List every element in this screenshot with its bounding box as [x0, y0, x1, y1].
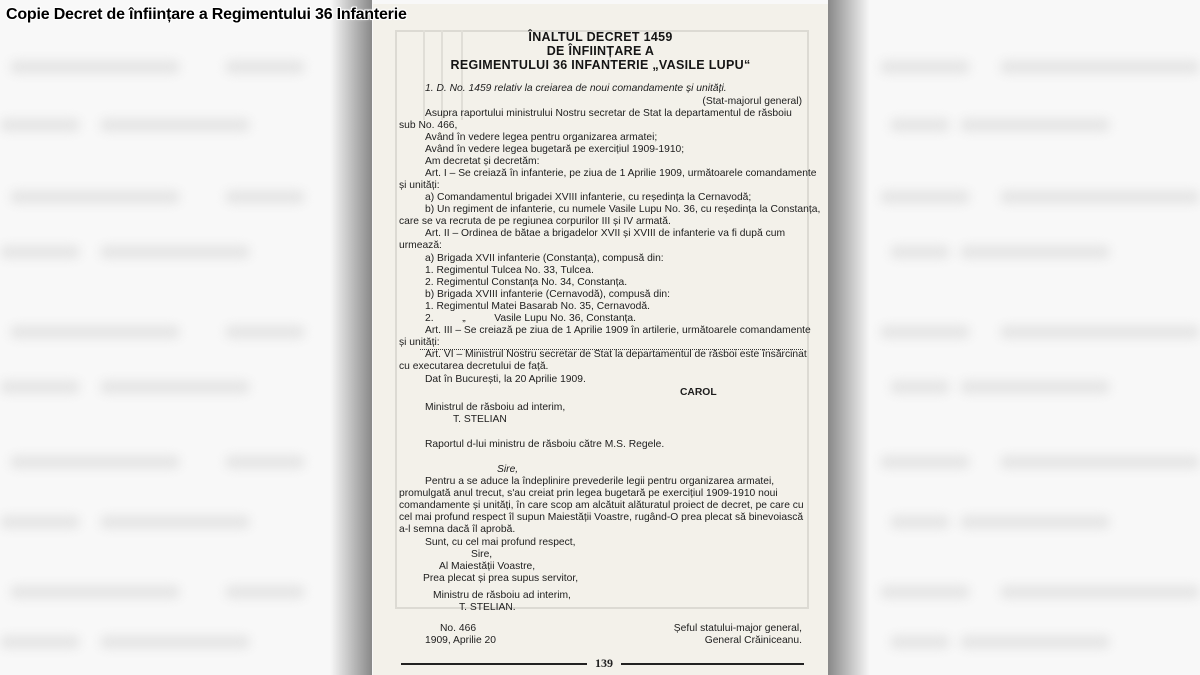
body-line: urmează: — [399, 240, 442, 252]
decree-subject: 1. D. No. 1459 relativ la creiarea de no… — [425, 83, 727, 95]
minister-title: Ministrul de răsboiu ad interim, — [425, 402, 565, 414]
body-line: Asupra raportului ministrului Nostru sec… — [425, 108, 792, 120]
closing-line: Prea plecat și prea supus servitor, — [423, 573, 578, 585]
body-line: Având în vedere legea pentru organizarea… — [425, 132, 657, 144]
report-line: promulgată anul trecut, s'au creiat prin… — [399, 488, 778, 500]
body-line: b) Brigada XVIII infanterie (Cernavodă),… — [425, 289, 670, 301]
body-line: Art. II – Ordinea de bătae a brigadelor … — [425, 228, 785, 240]
footer-rule-left — [401, 663, 587, 665]
body-line: cu executarea decretului de față. — [399, 361, 548, 373]
footer-rule-right — [621, 663, 804, 665]
body-line: b) Un regiment de infanterie, cu numele … — [425, 204, 820, 216]
body-line: și unități: — [399, 337, 440, 349]
report-line: cel mai profund respect îl supun Maiestă… — [399, 512, 803, 524]
body-line: Art. III – Se creiază pe ziua de 1 April… — [425, 325, 811, 337]
body-line: 1. Regimentul Tulcea No. 33, Tulcea. — [425, 265, 594, 277]
body-line: sub No. 466, — [399, 120, 457, 132]
closing-minister-name: T. STELIAN. — [459, 602, 516, 614]
closing-line: Al Maiestății Voastre, — [439, 561, 535, 573]
page-number: 139 — [591, 656, 617, 671]
closing-line: Sire, — [471, 549, 492, 561]
decree-title-line-3: REGIMENTULUI 36 INFANTERIE „VASILE LUPU“ — [373, 58, 828, 72]
report-heading: Raportul d-lui ministru de răsboiu către… — [425, 439, 664, 451]
closing-line: Sunt, cu cel mai profund respect, — [425, 537, 576, 549]
report-salutation: Sire, — [497, 464, 518, 476]
chief-of-staff-name: General Crăiniceanu. — [705, 635, 802, 647]
closing-minister-title: Ministru de răsboiu ad interim, — [433, 590, 571, 602]
body-line: care se va recruta de pe regiunea corpur… — [399, 216, 671, 228]
king-signature: CAROL — [680, 387, 717, 399]
body-line: Art. VI – Ministrul Nostru secretar de S… — [425, 349, 807, 361]
report-line: a-l semna dacă îl aprobă. — [399, 524, 515, 536]
decree-title-line-2: DE ÎNFIINȚARE A — [373, 44, 828, 58]
image-caption: Copie Decret de înființare a Regimentulu… — [6, 6, 407, 24]
page-footer: 139 — [401, 657, 804, 671]
page-shadow-right — [828, 0, 870, 675]
minister-name: T. STELIAN — [453, 414, 507, 426]
report-line: Pentru a se aduce la îndeplinire prevede… — [425, 476, 774, 488]
chief-of-staff-title: Șeful statului-major general, — [674, 623, 802, 635]
page-shadow-left — [330, 0, 372, 675]
decree-title-line-1: ÎNALTUL DECRET 1459 — [373, 30, 828, 44]
body-line: a) Comandamentul brigadei XVIII infanter… — [425, 192, 751, 204]
body-line: Art. I – Se creiază în infanterie, pe zi… — [425, 168, 817, 180]
body-line: și unități: — [399, 180, 440, 192]
body-line: 1. Regimentul Matei Basarab No. 35, Cern… — [425, 301, 650, 313]
body-line: 2. „ Vasile Lupu No. 36, Constanța. — [425, 313, 636, 325]
body-line: a) Brigada XVII infanterie (Constanța), … — [425, 253, 664, 265]
scanned-document-page: ÎNALTUL DECRET 1459 DE ÎNFIINȚARE A REGI… — [373, 4, 828, 675]
body-line: Având în vedere legea bugetară pe exerci… — [425, 144, 684, 156]
body-line: Am decretat și decretăm: — [425, 156, 539, 168]
report-date: 1909, Aprilie 20 — [425, 635, 496, 647]
decree-source: (Stat-majorul general) — [702, 96, 802, 108]
body-line: Dat în București, la 20 Aprilie 1909. — [425, 374, 586, 386]
body-line: 2. Regimentul Constanța No. 34, Constanț… — [425, 277, 627, 289]
report-line: comandamente și unități, în care scop am… — [399, 500, 804, 512]
report-number: No. 466 — [440, 623, 476, 635]
